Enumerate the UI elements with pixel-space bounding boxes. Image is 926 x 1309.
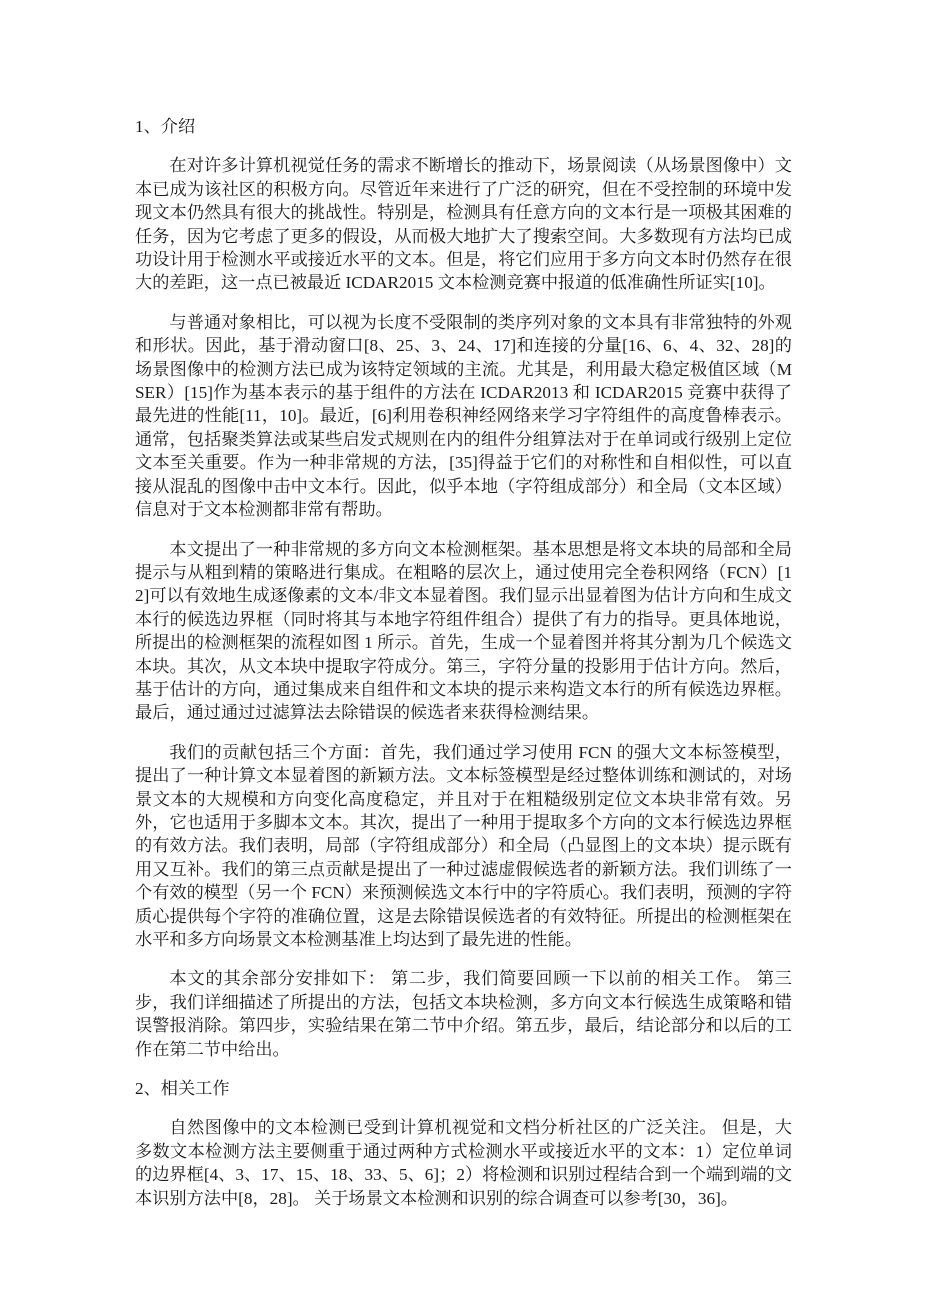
paragraph-related-work-1: 自然图像中的文本检测已受到计算机视觉和文档分析社区的广泛关注。 但是，大多数文本… <box>135 1116 792 1210</box>
paragraph-intro-1: 在对许多计算机视觉任务的需求不断增长的推动下，场景阅读（从场景图像中）文本已成为… <box>135 154 792 294</box>
paragraph-intro-3: 本文提出了一种非常规的多方向文本检测框架。基本思想是将文本块的局部和全局提示与从… <box>135 538 792 725</box>
paragraph-intro-2: 与普通对象相比，可以视为长度不受限制的类序列对象的文本具有非常独特的外观和形状。… <box>135 311 792 522</box>
paragraph-intro-4: 我们的贡献包括三个方面：首先，我们通过学习使用 FCN 的强大文本标签模型，提出… <box>135 741 792 952</box>
document-page: 1、介绍 在对许多计算机视觉任务的需求不断增长的推动下，场景阅读（从场景图像中）… <box>135 115 792 1210</box>
paragraph-intro-5: 本文的其余部分安排如下： 第二步，我们简要回顾一下以前的相关工作。 第三步，我们… <box>135 967 792 1061</box>
section-heading-related-work: 2、相关工作 <box>135 1077 792 1100</box>
section-heading-introduction: 1、介绍 <box>135 115 792 138</box>
